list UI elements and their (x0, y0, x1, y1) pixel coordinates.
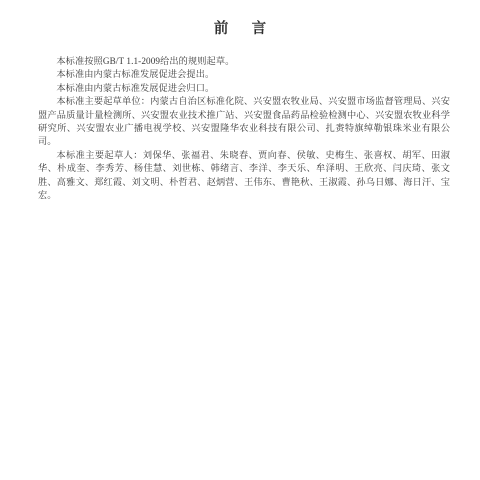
paragraph-drafting-rule: 本标准按照GB/T 1.1-2009给出的规则起草。 (38, 55, 450, 68)
document-page: 前 言 本标准按照GB/T 1.1-2009给出的规则起草。 本标准由内蒙古标准… (0, 0, 480, 480)
paragraph-drafting-organizations: 本标准主要起草单位：内蒙古自治区标准化院、兴安盟农牧业局、兴安盟市场监督管理局、… (38, 95, 450, 149)
paragraph-proposed-by: 本标准由内蒙古标准发展促进会提出。 (38, 68, 450, 81)
paragraph-drafters: 本标准主要起草人：刘保华、张福君、朱晓春、贾向春、侯敏、史梅生、张喜权、胡军、田… (38, 149, 450, 203)
page-title: 前 言 (0, 0, 480, 38)
preface-body: 本标准按照GB/T 1.1-2009给出的规则起草。 本标准由内蒙古标准发展促进… (38, 55, 450, 202)
paragraph-centralized-by: 本标准由内蒙古标准发展促进会归口。 (38, 82, 450, 95)
